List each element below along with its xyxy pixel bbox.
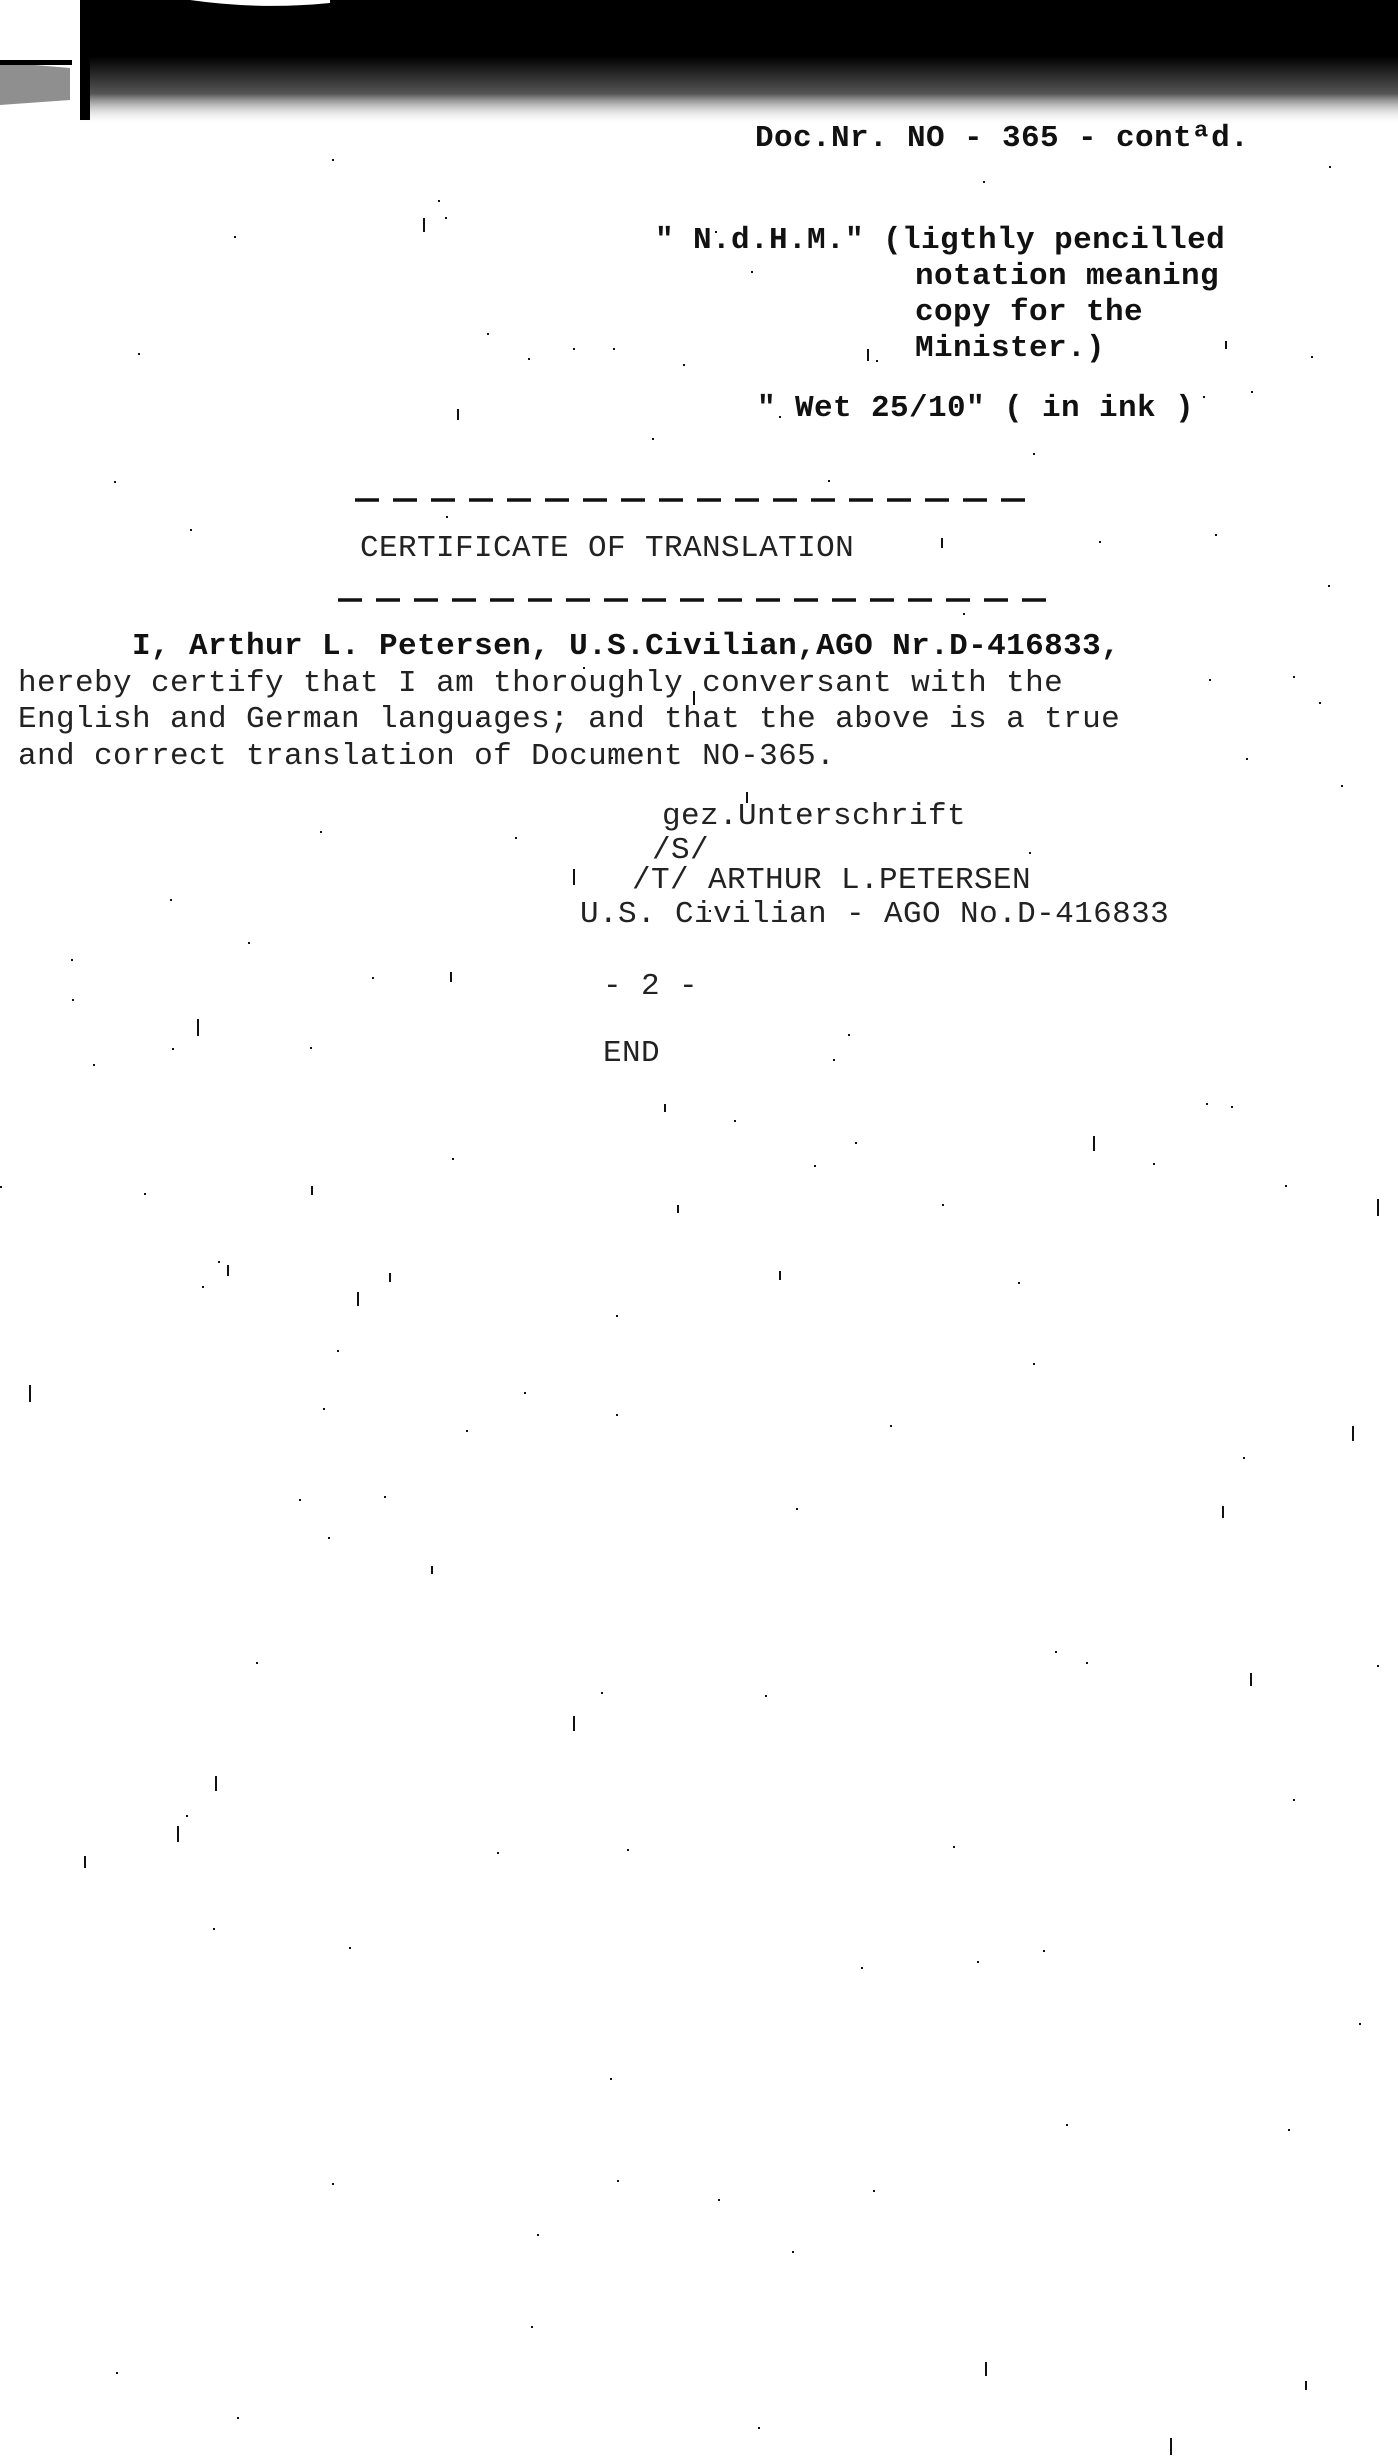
speck — [71, 959, 73, 961]
certificate-title: CERTIFICATE OF TRANSLATION — [360, 530, 854, 567]
speck — [1203, 396, 1205, 398]
speck — [983, 181, 985, 183]
page-number: - 2 - — [603, 968, 698, 1005]
speck — [1029, 852, 1031, 854]
speck — [248, 942, 250, 944]
speck — [1033, 453, 1035, 455]
speck — [332, 2183, 334, 2185]
speck — [227, 1265, 229, 1276]
speck — [865, 720, 867, 722]
speck — [1285, 1185, 1287, 1187]
speck — [709, 910, 711, 912]
pencil-notation-cont-1: notation meaning — [915, 258, 1219, 295]
speck — [138, 353, 140, 355]
speck — [524, 1392, 526, 1394]
speck — [1225, 341, 1227, 350]
dashed-rule-bottom — [338, 597, 1050, 603]
speck — [953, 1846, 955, 1848]
speck — [144, 1193, 146, 1195]
end-mark: END — [603, 1035, 660, 1072]
speck — [779, 1271, 781, 1281]
speck — [215, 1776, 217, 1791]
speck — [1288, 2129, 1290, 2131]
speck — [457, 409, 459, 420]
speck — [1066, 2124, 1068, 2126]
speck — [611, 757, 613, 759]
speck — [963, 613, 965, 615]
speck — [487, 333, 489, 335]
speck — [751, 271, 753, 273]
speck — [890, 1425, 892, 1427]
speck — [1251, 391, 1253, 393]
dashed-rule-top — [355, 497, 1025, 503]
speck — [237, 2417, 239, 2419]
ink-notation: " Wet 25/10" ( in ink ) — [757, 390, 1194, 427]
certificate-paragraph-line-1: I, Arthur L. Petersen, U.S.Civilian,AGO … — [18, 628, 1120, 665]
speck — [693, 691, 695, 706]
speck — [617, 2180, 619, 2182]
speck — [84, 1856, 86, 1869]
speck — [1377, 1199, 1379, 1216]
speck — [515, 837, 517, 839]
speck — [1043, 1950, 1045, 1952]
speck — [218, 1261, 220, 1263]
speck — [531, 2326, 533, 2328]
speck — [450, 972, 452, 982]
speck — [1319, 702, 1321, 704]
speck — [349, 1947, 351, 1949]
speck — [423, 218, 425, 232]
speck — [977, 1961, 979, 1963]
speck — [372, 977, 374, 979]
speck — [1293, 1799, 1295, 1801]
speck — [652, 438, 654, 440]
document-page: Doc.Nr. NO - 365 - contªd. " N.d.H.M." (… — [0, 0, 1398, 2459]
speck — [320, 831, 322, 833]
speck — [942, 1204, 944, 1206]
speck — [1018, 1282, 1020, 1284]
speck — [828, 480, 830, 482]
speck — [861, 1967, 863, 1969]
speck — [796, 1508, 798, 1510]
speck — [1153, 1163, 1155, 1165]
speck — [1033, 1363, 1035, 1365]
speck — [452, 1158, 454, 1160]
speck — [1352, 1426, 1354, 1441]
speck — [431, 1566, 433, 1575]
speck — [867, 349, 869, 361]
speck — [177, 1826, 179, 1843]
speck — [573, 869, 575, 885]
speck — [941, 538, 943, 548]
speck — [332, 159, 334, 161]
speck — [833, 1059, 835, 1061]
speck — [616, 1414, 618, 1416]
speck — [734, 1120, 736, 1122]
speck — [213, 1928, 215, 1930]
speck — [186, 1815, 188, 1817]
speck — [718, 2199, 720, 2201]
speck — [1293, 676, 1295, 678]
speck — [479, 720, 481, 722]
speck — [1328, 585, 1330, 587]
signature-typed-name: /T/ ARTHUR L.PETERSEN — [632, 862, 1031, 899]
speck — [310, 1047, 312, 1049]
speck — [573, 348, 575, 350]
pencil-notation-cont-2: copy for the — [915, 294, 1143, 331]
speck — [677, 1205, 679, 1213]
speck — [29, 1385, 31, 1401]
speck — [1341, 785, 1343, 787]
speck — [855, 1142, 857, 1144]
speck — [389, 1273, 391, 1282]
speck — [202, 1286, 204, 1288]
speck — [1206, 1103, 1208, 1105]
speck — [1086, 1662, 1088, 1664]
speck — [715, 231, 717, 233]
speck — [337, 1350, 339, 1352]
speck — [1250, 1673, 1252, 1686]
speck — [848, 1034, 850, 1036]
speck — [1055, 1651, 1057, 1653]
speck — [328, 1537, 330, 1539]
speck — [583, 667, 585, 669]
speck — [792, 2251, 794, 2253]
speck — [114, 481, 116, 483]
speck — [683, 364, 685, 366]
speck — [384, 1496, 386, 1498]
signature-gez: gez.Unterschrift — [662, 798, 966, 835]
speck — [323, 1408, 325, 1410]
speck — [758, 2427, 760, 2429]
speck — [446, 516, 448, 518]
speck — [234, 236, 236, 238]
speck — [746, 792, 748, 803]
speck — [311, 1186, 313, 1195]
signature-title-line: U.S. Civilian - AGO No.D-416833 — [580, 896, 1169, 933]
pencil-notation-cont-3: Minister.) — [915, 330, 1105, 367]
speck — [1246, 758, 1248, 760]
speck — [1377, 1665, 1379, 1667]
speck — [814, 1165, 816, 1167]
speck — [1243, 1457, 1245, 1459]
pencil-notation: " N.d.H.M." (ligthly pencilled — [655, 222, 1225, 259]
speck — [256, 1662, 258, 1664]
speck — [438, 200, 440, 202]
speck — [466, 1430, 468, 1432]
speck — [528, 358, 530, 360]
speck — [779, 416, 781, 418]
certificate-paragraph-line-4: and correct translation of Document NO-3… — [18, 738, 835, 775]
speck — [1305, 2381, 1307, 2390]
speck — [1311, 356, 1313, 358]
speck — [299, 1499, 301, 1501]
speck — [357, 1292, 359, 1305]
speck — [1222, 1506, 1224, 1518]
speck — [573, 1716, 575, 1730]
certificate-paragraph-line-2: hereby certify that I am thoroughly conv… — [18, 665, 1063, 702]
speck — [172, 1048, 174, 1050]
doc-number-header: Doc.Nr. NO - 365 - contªd. — [755, 120, 1249, 157]
speck — [170, 899, 172, 901]
speck — [664, 1104, 666, 1112]
speck — [93, 1064, 95, 1066]
speck — [116, 2372, 118, 2374]
speck — [1209, 679, 1211, 681]
speck — [72, 999, 74, 1001]
speck — [613, 348, 615, 350]
speck — [0, 1186, 2, 1188]
speck — [497, 1852, 499, 1854]
speck — [627, 1849, 629, 1851]
speck — [1170, 2438, 1172, 2454]
speck — [1099, 541, 1101, 543]
certificate-paragraph-line-3: English and German languages; and that t… — [18, 701, 1120, 738]
speck — [1329, 166, 1331, 168]
speck — [610, 2078, 612, 2080]
speck — [873, 2190, 875, 2192]
speck — [1093, 1136, 1095, 1151]
speck — [197, 1019, 199, 1036]
speck — [985, 2362, 987, 2376]
speck — [190, 529, 192, 531]
scan-dark-top-band — [0, 0, 1398, 140]
speck — [1359, 2023, 1361, 2025]
speck — [876, 360, 878, 362]
speck — [765, 1695, 767, 1697]
speck — [445, 217, 447, 219]
speck — [601, 1692, 603, 1694]
speck — [616, 1315, 618, 1317]
speck — [537, 2234, 539, 2236]
speck — [1215, 534, 1217, 536]
speck — [1231, 1106, 1233, 1108]
